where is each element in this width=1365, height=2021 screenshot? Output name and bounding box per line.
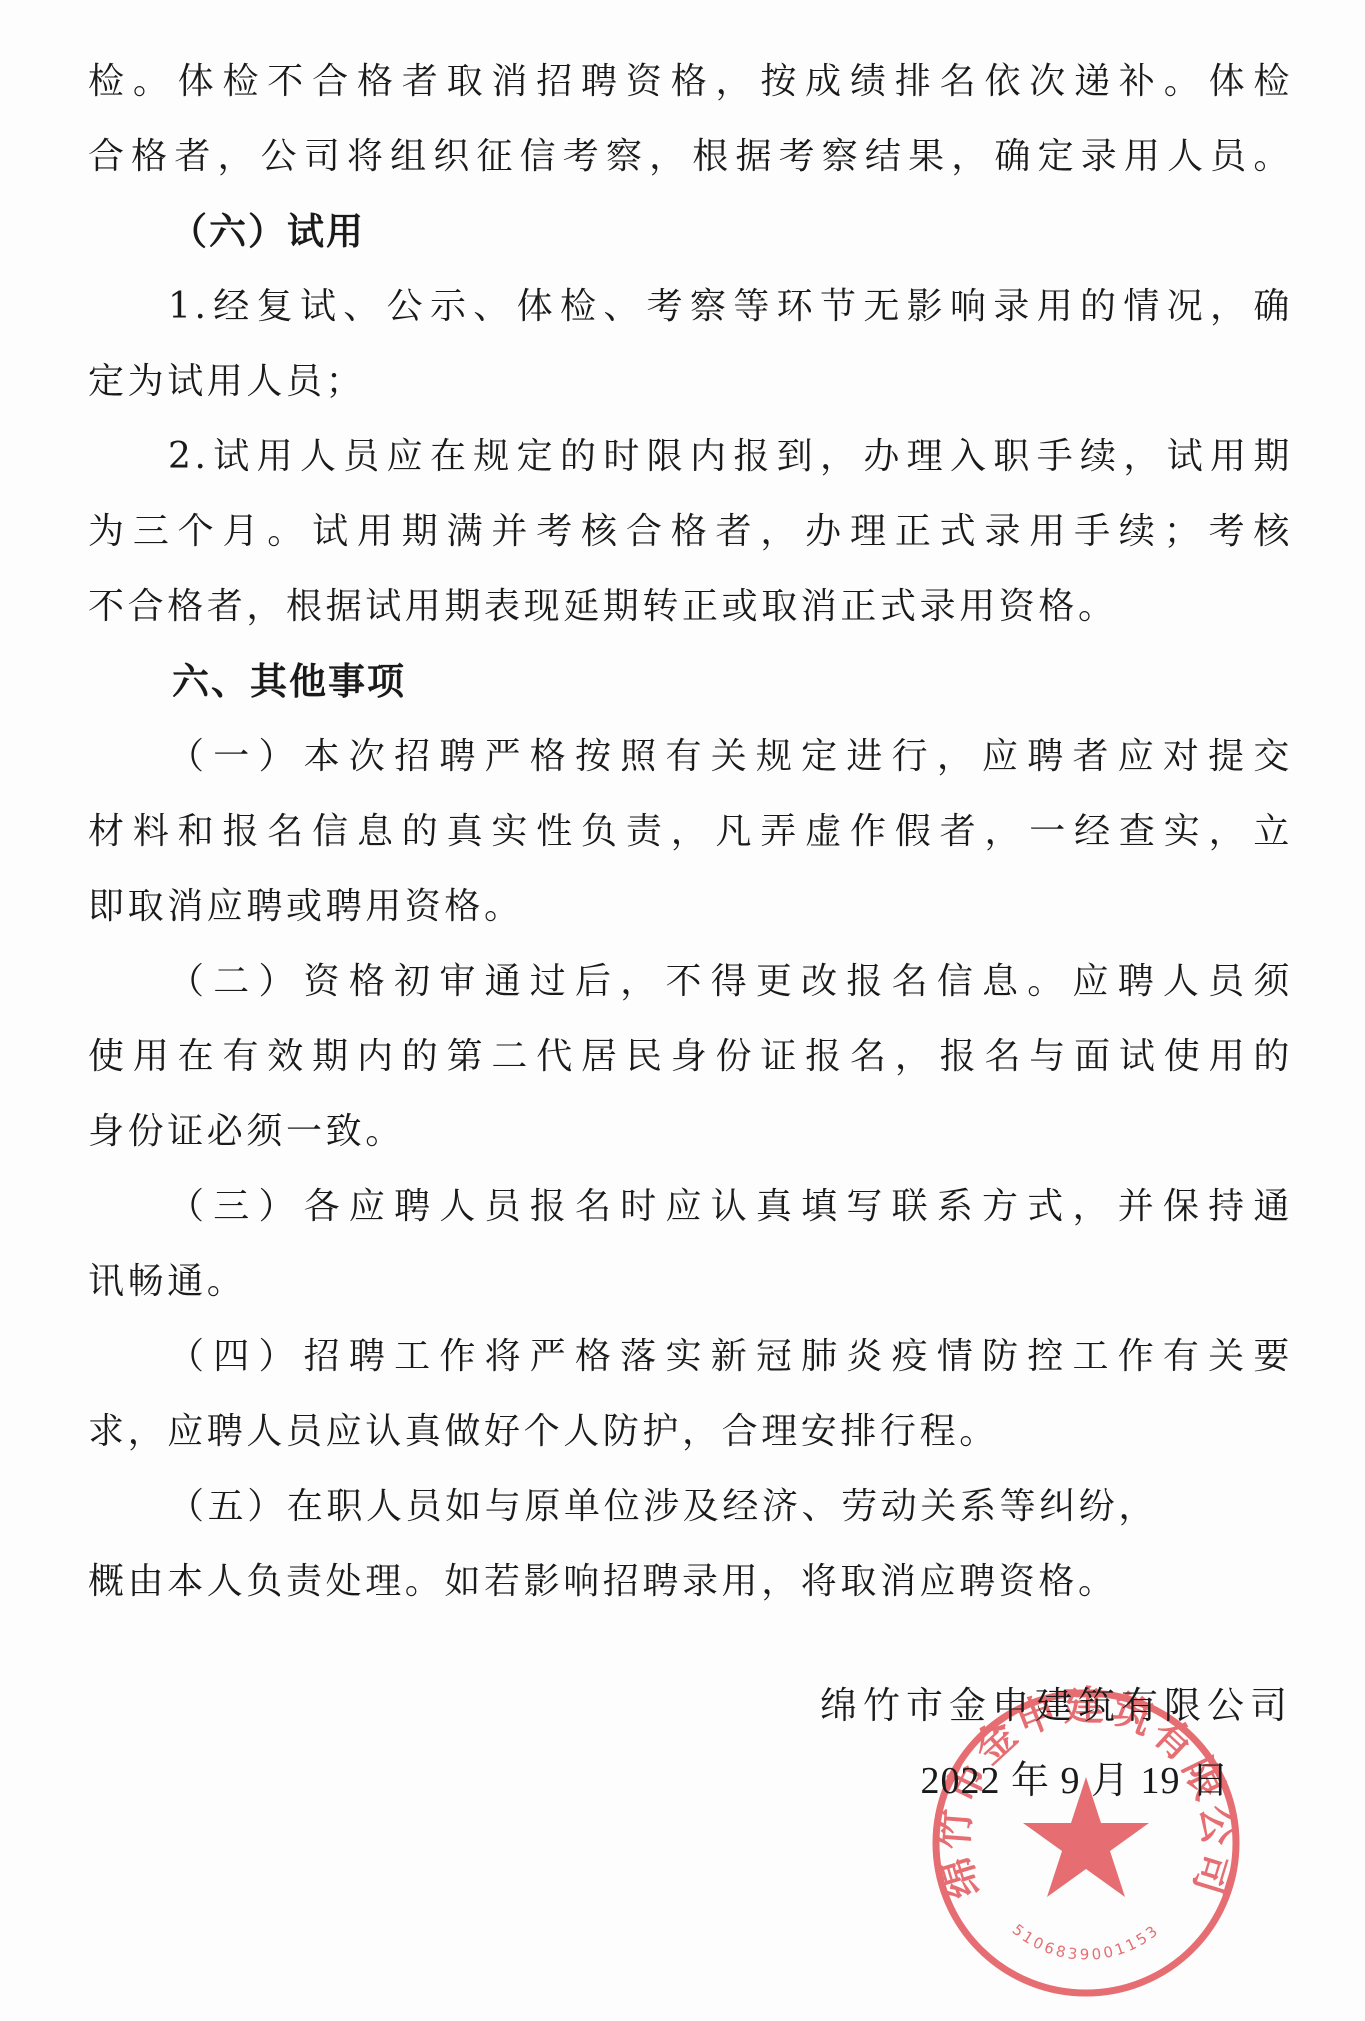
text-line: 使用在有效期内的第二代居民身份证报名，报名与面试使用的 bbox=[88, 1027, 1293, 1087]
text-line: （四）招聘工作将严格落实新冠肺炎疫情防控工作有关要 bbox=[168, 1327, 1293, 1387]
text-line: 概由本人负责处理。如若影响招聘录用，将取消应聘资格。 bbox=[88, 1552, 1293, 1612]
text-line: （一）本次招聘严格按照有关规定进行，应聘者应对提交 bbox=[168, 727, 1293, 787]
text-line: 合格者，公司将组织征信考察，根据考察结果，确定录用人员。 bbox=[88, 127, 1293, 187]
section-heading-other-matters: 六、其他事项 bbox=[172, 652, 406, 712]
text-line: 即取消应聘或聘用资格。 bbox=[88, 877, 1293, 937]
signature-date: 2022 年 9 月 19 日 bbox=[920, 1751, 1230, 1811]
svg-text:5106839001153: 5106839001153 bbox=[1009, 1920, 1163, 1963]
text-line: （五）在职人员如与原单位涉及经济、劳动关系等纠纷， bbox=[168, 1477, 1293, 1537]
text-line: 求，应聘人员应认真做好个人防护，合理安排行程。 bbox=[88, 1402, 1293, 1462]
text-line: （二）资格初审通过后，不得更改报名信息。应聘人员须 bbox=[168, 952, 1293, 1012]
text-line: 2.试用人员应在规定的时限内报到，办理入职手续，试用期 bbox=[168, 427, 1293, 487]
document-page: 检。体检不合格者取消招聘资格，按成绩排名依次递补。体检 合格者，公司将组织征信考… bbox=[0, 0, 1365, 2021]
text-line: 不合格者，根据试用期表现延期转正或取消正式录用资格。 bbox=[88, 577, 1293, 637]
text-line: 为三个月。试用期满并考核合格者，办理正式录用手续；考核 bbox=[88, 502, 1293, 562]
text-line: 讯畅通。 bbox=[88, 1252, 1293, 1312]
text-line: 定为试用人员； bbox=[88, 352, 1293, 412]
text-line: 身份证必须一致。 bbox=[88, 1102, 1293, 1162]
text-line: 材料和报名信息的真实性负责，凡弄虚作假者，一经查实，立 bbox=[88, 802, 1293, 862]
signature-company-name: 绵竹市金申建筑有限公司 bbox=[820, 1676, 1293, 1736]
text-line: （三）各应聘人员报名时应认真填写联系方式，并保持通 bbox=[168, 1177, 1293, 1237]
text-line: 检。体检不合格者取消招聘资格，按成绩排名依次递补。体检 bbox=[88, 52, 1293, 112]
section-heading-probation: （六）试用 bbox=[170, 202, 365, 262]
text-line: 1.经复试、公示、体检、考察等环节无影响录用的情况，确 bbox=[168, 277, 1293, 337]
